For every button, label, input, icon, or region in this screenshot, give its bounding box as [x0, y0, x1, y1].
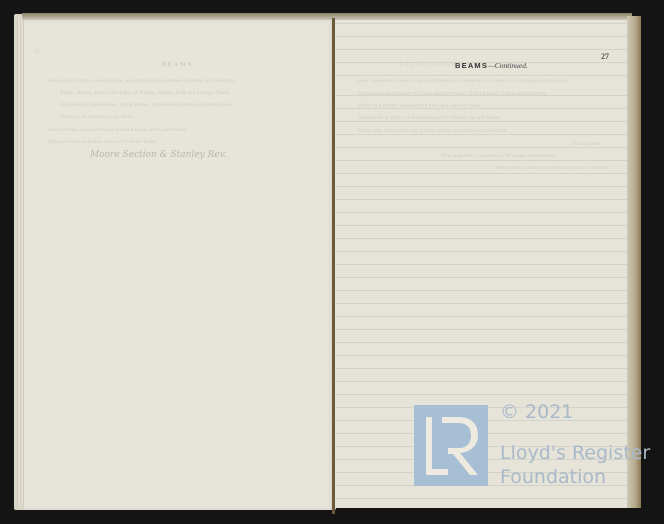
left-page-number: 26	[34, 50, 39, 55]
left-page-heading: BEAMS.	[24, 62, 334, 68]
right-page-edge	[627, 16, 641, 508]
handwritten-entry: Moore Section & Stanley Rev.	[90, 150, 227, 160]
right-line-1: How connected, where cut and hold beams …	[358, 79, 567, 84]
lr-logo	[414, 405, 488, 486]
watermark-org-line1: Lloyd's Register	[500, 442, 650, 464]
right-line-2: Dimensions and number of beams and parti…	[358, 92, 546, 97]
heading-text: BEAMS	[455, 61, 488, 70]
watermark-org-line2: Foundation	[500, 466, 606, 488]
lr-logo-icon	[414, 405, 488, 486]
right-page-number: 27	[601, 52, 609, 61]
left-line-6: Distance between Beams and size of Beam …	[48, 140, 157, 145]
right-line-4: Attachment of pillars to bulkheads and t…	[358, 116, 501, 121]
left-line-3: Deck Beams, Hold Beams, Orlop Beams, Upp…	[60, 103, 232, 108]
watermark-copyright: © 2021	[500, 401, 573, 423]
left-line-5: How fastened, and particulars of Beam Kn…	[48, 128, 186, 133]
left-line-1: Fore and aft lengths, on each side, as d…	[48, 79, 235, 84]
right-line-3: Pillars and girders connected to deck an…	[358, 104, 482, 109]
left-line-2: Beams, Knees, and the thickness of Plati…	[60, 91, 229, 96]
right-line-5: Fitted with intercostals and girders, an…	[358, 129, 507, 134]
left-line-4: Forms to be provided as per Rule	[60, 115, 133, 120]
right-page-heading: BEAMS—Continued.	[455, 61, 528, 70]
heading-suffix: —Continued.	[488, 61, 528, 70]
right-line-8: How beams at hatchways fitted and size o…	[496, 166, 608, 171]
right-line-7: How stanchions connected with angles and…	[441, 154, 555, 159]
right-line-6: Deck girders	[572, 142, 600, 147]
